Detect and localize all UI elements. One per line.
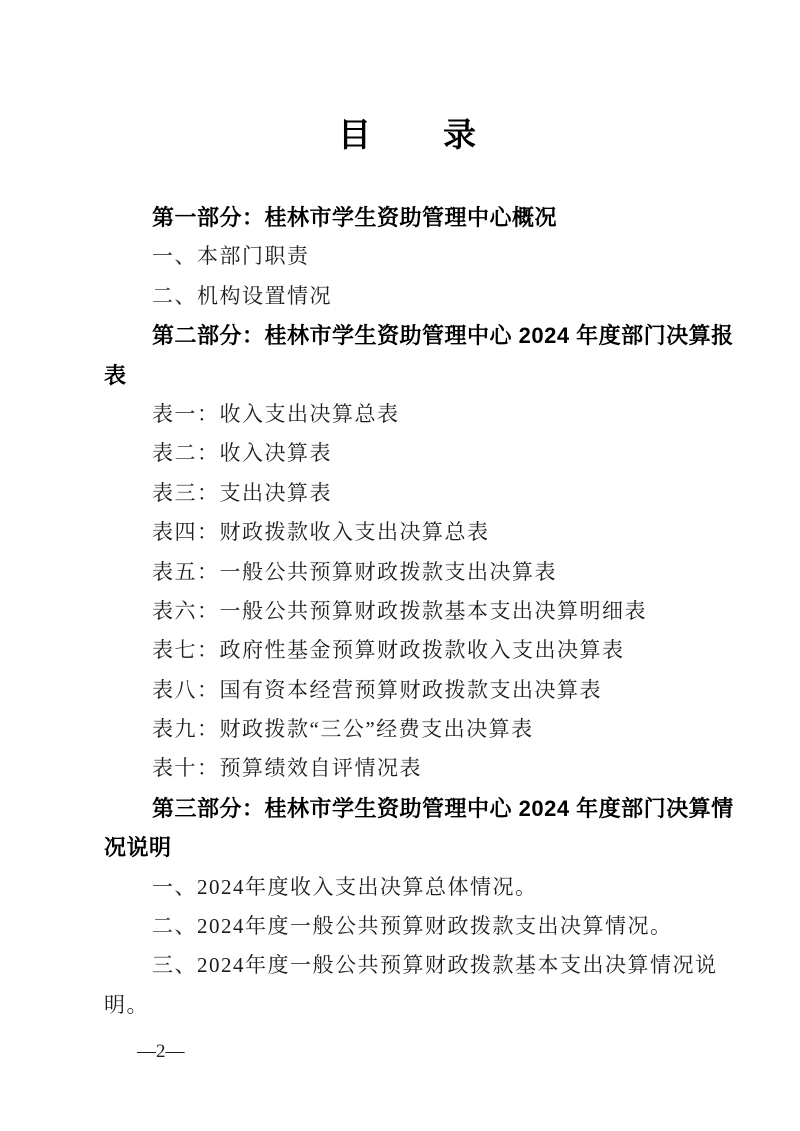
- toc-table-7: 表七：政府性基金预算财政拨款收入支出决算表: [104, 631, 712, 670]
- toc-table-2: 表二：收入决算表: [104, 434, 712, 473]
- toc-item-org-setup: 二、机构设置情况: [104, 277, 712, 316]
- toc-part3-heading-wrap: 况说明: [104, 828, 712, 867]
- toc-note-3: 三、2024年度一般公共预算财政拨款基本支出决算情况说: [104, 946, 712, 985]
- page-content: 目 录 第一部分：桂林市学生资助管理中心概况 一、本部门职责 二、机构设置情况 …: [0, 0, 800, 1067]
- toc-part2-heading-wrap: 表: [104, 356, 712, 395]
- toc-title: 目 录: [104, 112, 712, 160]
- toc-part1-heading: 第一部分：桂林市学生资助管理中心概况: [104, 198, 712, 237]
- toc-note-2: 二、2024年度一般公共预算财政拨款支出决算情况。: [104, 907, 712, 946]
- toc-table-3: 表三：支出决算表: [104, 474, 712, 513]
- toc-table-1: 表一：收入支出决算总表: [104, 395, 712, 434]
- toc-note-3-wrap: 明。: [104, 986, 712, 1025]
- toc-table-9: 表九：财政拨款“三公”经费支出决算表: [104, 710, 712, 749]
- toc-table-8: 表八：国有资本经营预算财政拨款支出决算表: [104, 671, 712, 710]
- toc-lines: 第一部分：桂林市学生资助管理中心概况 一、本部门职责 二、机构设置情况 第二部分…: [104, 198, 712, 1025]
- toc-note-1: 一、2024年度收入支出决算总体情况。: [104, 868, 712, 907]
- toc-item-department-duties: 一、本部门职责: [104, 237, 712, 276]
- toc-part2-heading: 第二部分：桂林市学生资助管理中心 2024 年度部门决算报: [104, 316, 712, 355]
- toc-table-10: 表十：预算绩效自评情况表: [104, 749, 712, 788]
- toc-table-6: 表六：一般公共预算财政拨款基本支出决算明细表: [104, 592, 712, 631]
- toc-table-5: 表五：一般公共预算财政拨款支出决算表: [104, 553, 712, 592]
- toc-table-4: 表四：财政拨款收入支出决算总表: [104, 513, 712, 552]
- document-page: 目 录 第一部分：桂林市学生资助管理中心概况 一、本部门职责 二、机构设置情况 …: [0, 0, 800, 1131]
- toc-part3-heading: 第三部分：桂林市学生资助管理中心 2024 年度部门决算情: [104, 789, 712, 828]
- page-number: —2—: [104, 1037, 712, 1067]
